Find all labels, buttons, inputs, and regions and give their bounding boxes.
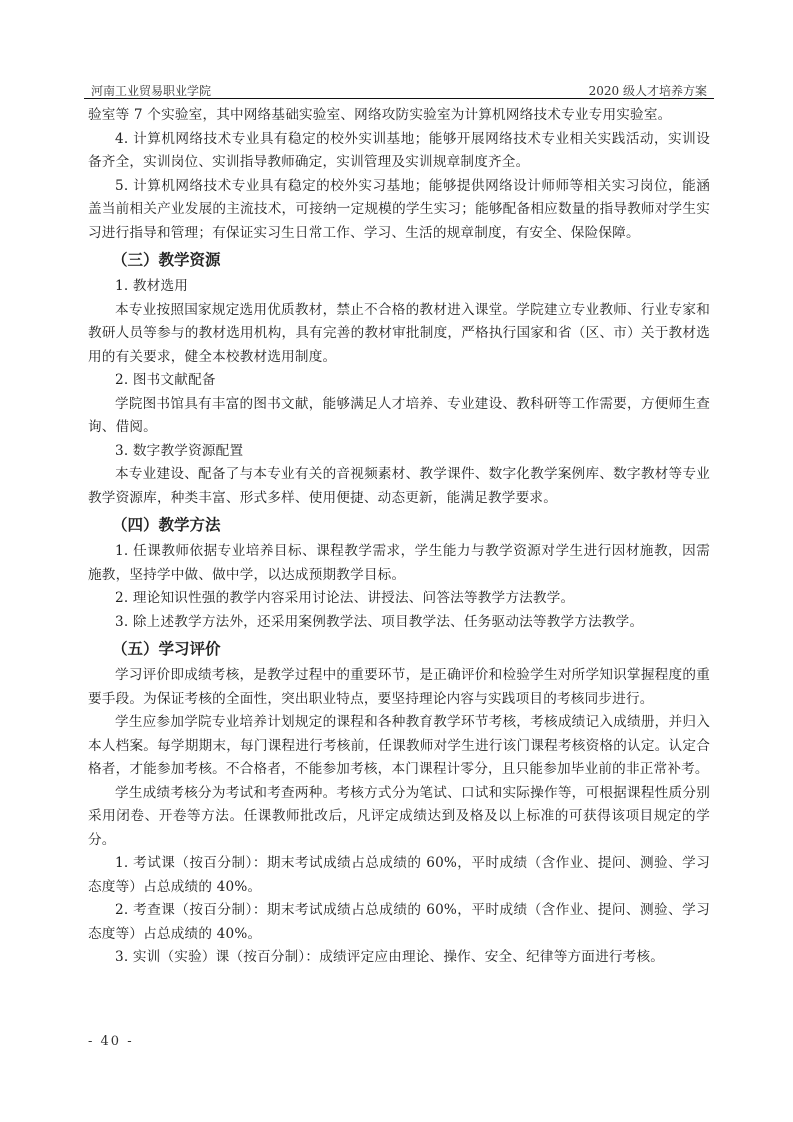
paragraph-method-1: 1. 任课教师依据专业培养目标、课程教学需求，学生能力与教学资源对学生进行因材施… <box>88 540 710 587</box>
section-heading-teaching-resources: （三）教学资源 <box>88 245 710 275</box>
paragraph-method-2: 2. 理论知识性强的教学内容采用讨论法、讲授法、问答法等教学方法教学。 <box>88 587 710 611</box>
paragraph-library-resources: 学院图书馆具有丰富的图书文献，能够满足人才培养、专业建设、教科研等工作需要，方便… <box>88 393 710 440</box>
paragraph-textbook-selection: 本专业按照国家规定选用优质教材，禁止不合格的教材进入课堂。学院建立专业教师、行业… <box>88 299 710 370</box>
subheading-library-resources: 2. 图书文献配备 <box>88 369 710 393</box>
subheading-digital-resources: 3. 数字教学资源配置 <box>88 440 710 464</box>
paragraph-lab-continuation: 验室等 7 个实验室，其中网络基础实验室、网络攻防实验室为计算机网络技术专业专用… <box>88 104 710 128</box>
subheading-textbook-selection: 1. 教材选用 <box>88 275 710 299</box>
paragraph-exam-course: 1. 考试课（按百分制）：期末考试成绩占总成绩的 60%，平时成绩（含作业、提问… <box>88 852 710 899</box>
header-institution: 河南工业贸易职业学院 <box>91 82 211 99</box>
header-document-title: 2020 级人才培养方案 <box>589 82 707 99</box>
section-heading-learning-evaluation: （五）学习评价 <box>88 634 710 664</box>
paragraph-evaluation-eligibility: 学生应参加学院专业培养计划规定的课程和各种教育教学环节考核，考核成绩记入成绩册，… <box>88 711 710 782</box>
paragraph-method-3: 3. 除上述教学方法外，还采用案例教学法、项目教学法、任务驱动法等教学方法教学。 <box>88 611 710 635</box>
page-number: - 40 - <box>88 1034 134 1049</box>
section-heading-teaching-methods: （四）教学方法 <box>88 510 710 540</box>
paragraph-assessment-course: 2. 考查课（按百分制）：期末考试成绩占总成绩的 60%，平时成绩（含作业、提问… <box>88 899 710 946</box>
paragraph-training-base: 4. 计算机网络技术专业具有稳定的校外实训基地；能够开展网络技术专业相关实践活动… <box>88 128 710 175</box>
paragraph-internship-base: 5. 计算机网络技术专业具有稳定的校外实习基地；能够提供网络设计师师等相关实习岗… <box>88 175 710 246</box>
paragraph-evaluation-intro: 学习评价即成绩考核，是教学过程中的重要环节，是正确评价和检验学生对所学知识掌握程… <box>88 664 710 711</box>
paragraph-practical-course: 3. 实训（实验）课（按百分制）：成绩评定应由理论、操作、安全、纪律等方面进行考… <box>88 946 710 970</box>
page-body: 验室等 7 个实验室，其中网络基础实验室、网络攻防实验室为计算机网络技术专业专用… <box>88 104 710 970</box>
header-divider <box>84 98 714 99</box>
paragraph-digital-resources: 本专业建设、配备了与本专业有关的音视频素材、教学课件、数字化教学案例库、数字教材… <box>88 463 710 510</box>
paragraph-evaluation-types: 学生成绩考核分为考试和考查两种。考核方式分为笔试、口试和实际操作等，可根据课程性… <box>88 782 710 853</box>
